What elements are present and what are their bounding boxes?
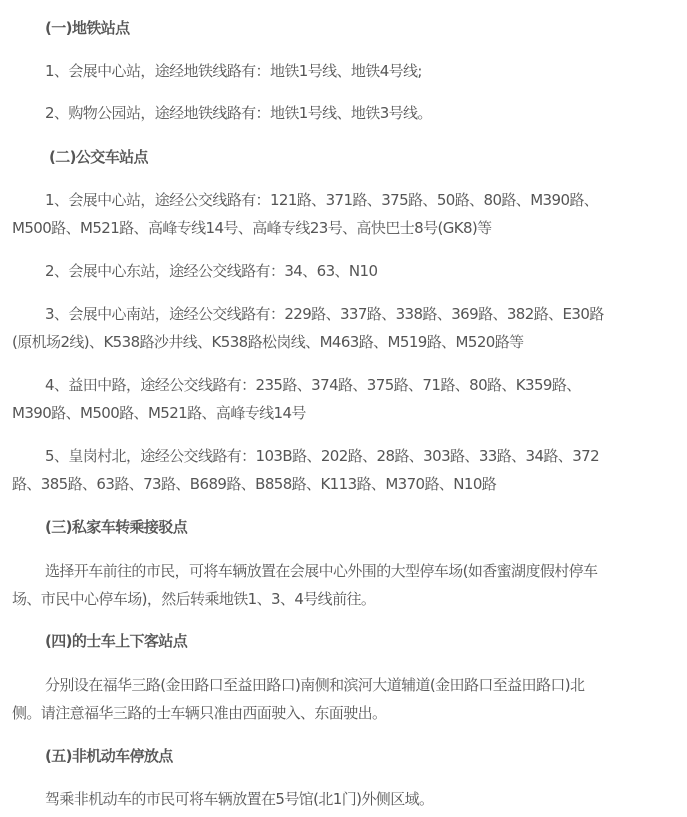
non-motor-line-1: 驾乘非机动车的市民可将车辆放置在5号馆(北1门)外侧区域。 bbox=[45, 789, 687, 809]
bus-item-4-line-2: M390路、M500路、M521路、高峰专线14号 bbox=[12, 403, 687, 423]
bus-item-3-line-1: 3、会展中心南站，途经公交线路有：229路、337路、338路、369路、382… bbox=[45, 304, 687, 324]
taxi-line-1: 分别设在福华三路(金田路口至益田路口)南侧和滨河大道辅道(金田路口至益田路口)北 bbox=[45, 675, 687, 695]
private-car-line-1: 选择开车前往的市民，可将车辆放置在会展中心外围的大型停车场(如香蜜湖度假村停车 bbox=[45, 561, 687, 581]
taxi-line-2: 侧。请注意福华三路的士车辆只准由西面驶入、东面驶出。 bbox=[12, 703, 687, 723]
bus-item-1-line-1: 1、会展中心站，途经公交线路有：121路、371路、375路、50路、80路、M… bbox=[45, 190, 687, 210]
bus-item-2: 2、会展中心东站，途经公交线路有：34、63、N10 bbox=[45, 261, 687, 281]
subway-item-2: 2、购物公园站，途经地铁线路有：地铁1号线、地铁3号线。 bbox=[45, 103, 687, 123]
private-car-line-2: 场、市民中心停车场)，然后转乘地铁1、3、4号线前往。 bbox=[12, 589, 687, 609]
heading-bus: (二)公交车站点 bbox=[49, 147, 687, 167]
bus-item-1-line-2: M500路、M521路、高峰专线14号、高峰专线23号、高快巴士8号(GK8)等 bbox=[12, 218, 687, 238]
heading-subway: (一)地铁站点 bbox=[45, 18, 687, 38]
bus-item-5-line-1: 5、皇岗村北，途经公交线路有：103B路、202路、28路、303路、33路、3… bbox=[45, 446, 687, 466]
heading-non-motor: (五)非机动车停放点 bbox=[45, 746, 687, 766]
transport-guide-document: (一)地铁站点 1、会展中心站，途经地铁线路有：地铁1号线、地铁4号线; 2、购… bbox=[0, 0, 687, 817]
subway-item-1: 1、会展中心站，途经地铁线路有：地铁1号线、地铁4号线; bbox=[45, 61, 687, 81]
heading-private-car: (三)私家车转乘接驳点 bbox=[45, 517, 687, 537]
bus-item-4-line-1: 4、益田中路，途经公交线路有：235路、374路、375路、71路、80路、K3… bbox=[45, 375, 687, 395]
heading-taxi: (四)的士车上下客站点 bbox=[45, 631, 687, 651]
bus-item-3-line-2: (原机场2线)、K538路沙井线、K538路松岗线、M463路、M519路、M5… bbox=[12, 332, 687, 352]
bus-item-5-line-2: 路、385路、63路、73路、B689路、B858路、K113路、M370路、N… bbox=[12, 474, 687, 494]
